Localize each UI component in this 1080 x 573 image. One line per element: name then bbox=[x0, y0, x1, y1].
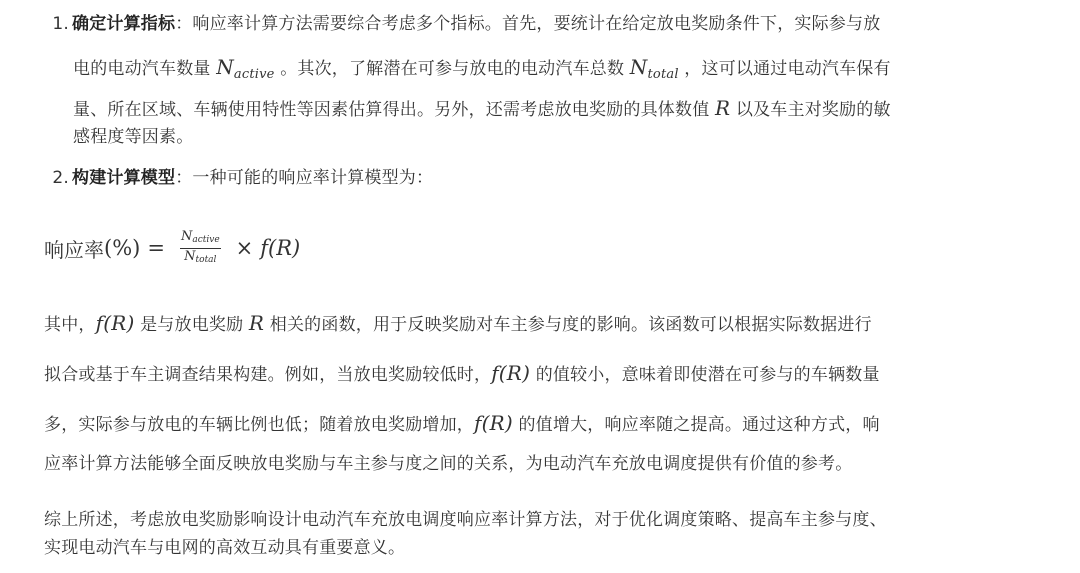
math-symbol: N bbox=[630, 55, 648, 79]
math-f-of-r: f(R) bbox=[491, 361, 530, 385]
text-segment: 综上所述，考虑放电奖励影响设计电动汽车充放电调度响应率计算方法，对于优化调度策略… bbox=[44, 510, 887, 530]
paragraph-1-line-1: 其中，f(R) 是与放电奖励 R 相关的函数，用于反映奖励对车主参与度的影响。该… bbox=[44, 311, 872, 337]
list-item-2-text: ：一种可能的响应率计算模型为： bbox=[175, 168, 433, 188]
formula-fraction: Nactive Ntotal bbox=[180, 230, 221, 267]
text-segment: 应率计算方法能够全面反映放电奖励与车主参与度之间的关系，为电动汽车充放电调度提供… bbox=[44, 454, 852, 474]
math-subscript: total bbox=[196, 255, 217, 265]
list-item-1-line-1: 1.确定计算指标：响应率计算方法需要综合考虑多个指标。首先，要统计在给定放电奖励… bbox=[47, 12, 880, 36]
formula-equals: = bbox=[147, 236, 165, 260]
text-segment: 以及车主对奖励的敏 bbox=[736, 100, 891, 120]
formula-lhs: 响应率 bbox=[44, 234, 104, 263]
paragraph-1-line-2: 拟合或基于车主调查结果构建。例如，当放电奖励较低时，f(R) 的值较小，意味着即… bbox=[44, 361, 880, 387]
math-symbol: N bbox=[216, 55, 234, 79]
list-number-1: 1. bbox=[47, 12, 69, 36]
text-segment: 。其次，了解潜在可参与放电的电动汽车总数 bbox=[280, 59, 624, 79]
list-item-2-title: 构建计算模型 bbox=[72, 168, 175, 188]
fraction-denominator: Ntotal bbox=[184, 249, 216, 267]
response-rate-formula: 响应率 (%) = Nactive Ntotal × f(R) bbox=[44, 230, 300, 266]
math-subscript: active bbox=[234, 67, 275, 82]
math-f-of-r: f(R) bbox=[474, 411, 513, 435]
math-f-of-r: f(R) bbox=[96, 311, 135, 335]
list-item-1-title: 确定计算指标 bbox=[72, 14, 175, 34]
text-segment: 量、所在区域、车辆使用特性等因素估算得出。另外，还需考虑放电奖励的具体数值 bbox=[73, 100, 709, 120]
list-item-1-line-3: 量、所在区域、车辆使用特性等因素估算得出。另外，还需考虑放电奖励的具体数值 R … bbox=[73, 96, 891, 122]
math-symbol: N bbox=[181, 229, 192, 244]
text-segment: ，这可以通过电动汽车保有 bbox=[684, 59, 890, 79]
text-segment: 相关的函数，用于反映奖励对车主参与度的影响。该函数可以根据实际数据进行 bbox=[270, 315, 872, 335]
list-item-2: 2.构建计算模型：一种可能的响应率计算模型为： bbox=[47, 166, 433, 190]
text-segment: 感程度等因素。 bbox=[73, 127, 193, 147]
list-item-1-text: ：响应率计算方法需要综合考虑多个指标。首先，要统计在给定放电奖励条件下，实际参与… bbox=[175, 14, 880, 34]
text-segment: 多，实际参与放电的车辆比例也低；随着放电奖励增加， bbox=[44, 415, 474, 435]
paragraph-1-line-4: 应率计算方法能够全面反映放电奖励与车主参与度之间的关系，为电动汽车充放电调度提供… bbox=[44, 452, 852, 476]
text-segment: 其中， bbox=[44, 315, 96, 335]
text-segment: 拟合或基于车主调查结果构建。例如，当放电奖励较低时， bbox=[44, 365, 491, 385]
text-segment: 电的电动汽车数量 bbox=[73, 59, 211, 79]
text-segment: 是与放电奖励 bbox=[140, 315, 243, 335]
text-segment: 的值较小，意味着即使潜在可参与的车辆数量 bbox=[536, 365, 880, 385]
fraction-numerator: Nactive bbox=[180, 230, 221, 249]
paragraph-2-line-1: 综上所述，考虑放电奖励影响设计电动汽车充放电调度响应率计算方法，对于优化调度策略… bbox=[44, 508, 887, 532]
math-r: R bbox=[249, 311, 264, 335]
text-segment: 实现电动汽车与电网的高效互动具有重要意义。 bbox=[44, 538, 405, 558]
math-subscript: total bbox=[648, 67, 679, 82]
paragraph-1-line-3: 多，实际参与放电的车辆比例也低；随着放电奖励增加，f(R) 的值增大，响应率随之… bbox=[44, 411, 880, 437]
math-r: R bbox=[715, 96, 730, 120]
math-n-active: Nactive bbox=[216, 55, 274, 79]
math-symbol: N bbox=[184, 249, 195, 264]
text-segment: 的值增大，响应率随之提高。通过这种方式，响 bbox=[518, 415, 879, 435]
list-item-1-line-4: 感程度等因素。 bbox=[73, 125, 193, 149]
formula-times: × bbox=[236, 236, 254, 260]
list-number-2: 2. bbox=[47, 166, 69, 190]
list-item-1-line-2: 电的电动汽车数量 Nactive 。其次，了解潜在可参与放电的电动汽车总数 Nt… bbox=[73, 55, 891, 87]
formula-lhs-unit: (%) bbox=[104, 236, 140, 260]
math-subscript: active bbox=[192, 235, 219, 245]
formula-function: f(R) bbox=[260, 236, 300, 260]
math-n-total: Ntotal bbox=[630, 55, 679, 79]
paragraph-2-line-2: 实现电动汽车与电网的高效互动具有重要意义。 bbox=[44, 536, 405, 560]
